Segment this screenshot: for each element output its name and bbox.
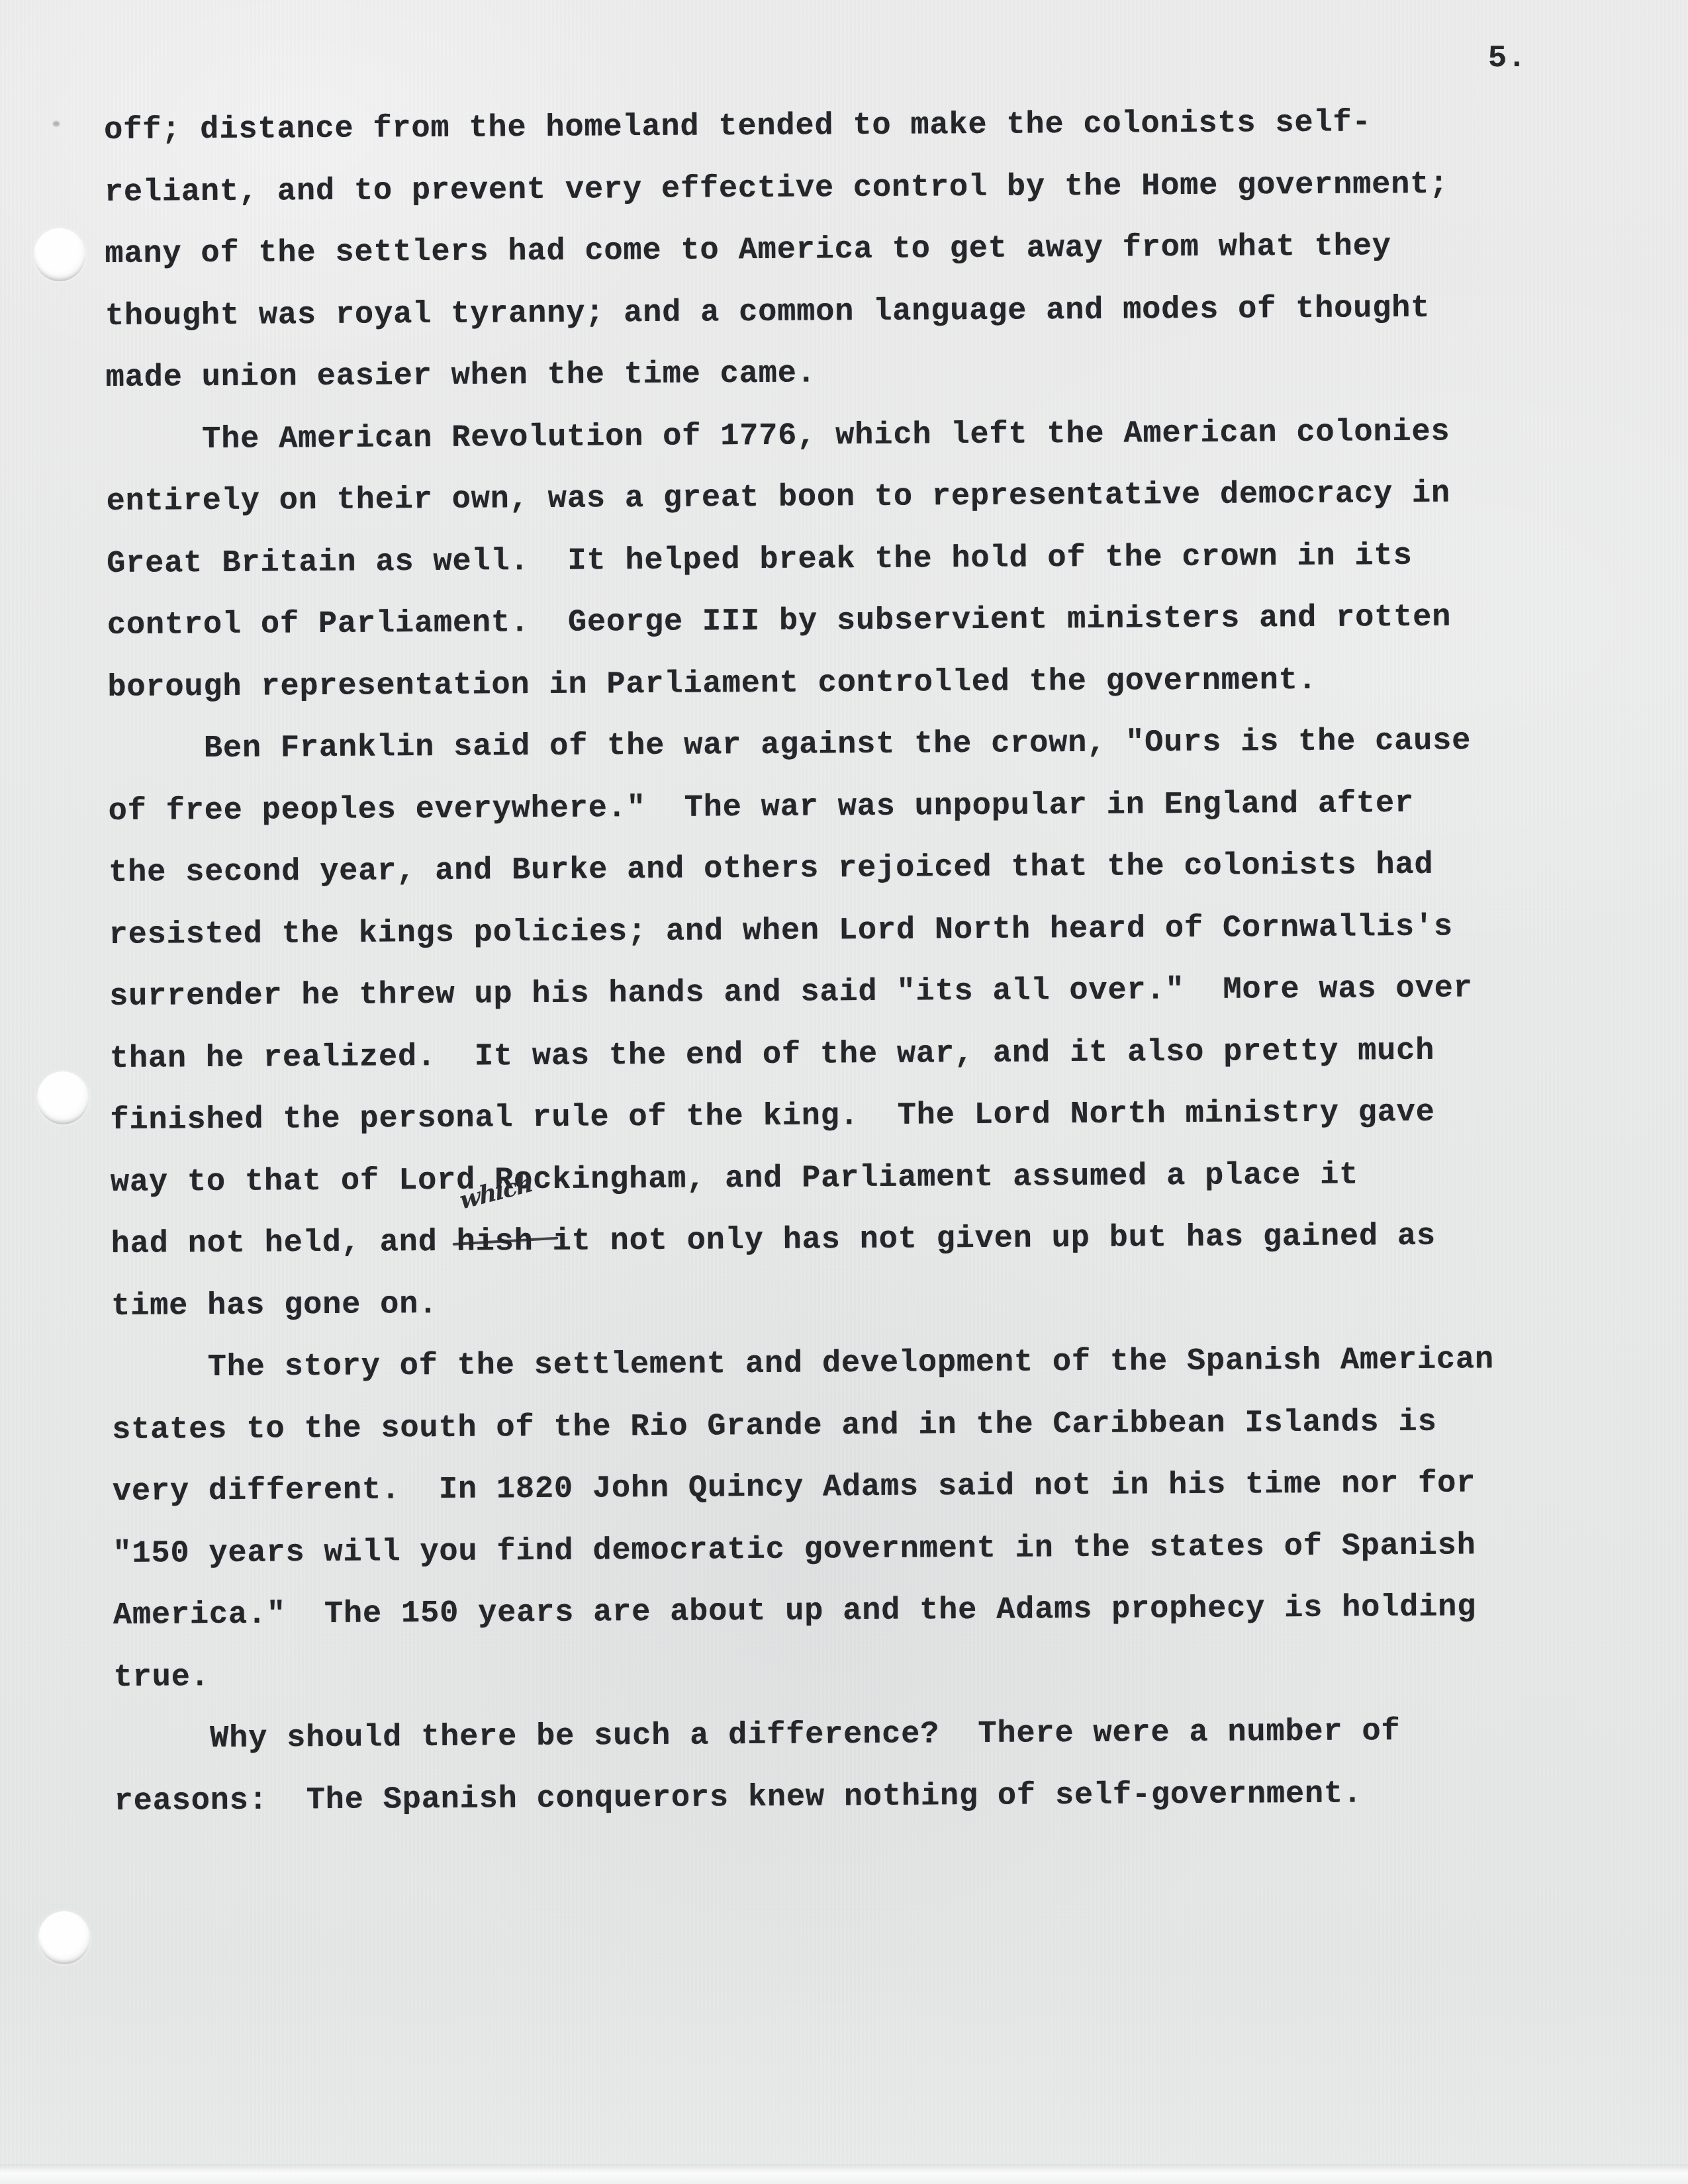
text-line: made union easier when the time came. [105,339,1562,410]
text-segment: the second year, and Burke and others re… [109,848,1434,891]
scan-speck [53,121,60,126]
text-line: America." The 150 years are about up and… [113,1576,1570,1647]
text-segment: finished the personal rule of the king. … [110,1095,1435,1138]
page-number: 5. [1488,41,1527,76]
text-segment: surrender he threw up his hands and said… [109,971,1473,1015]
text-line: states to the south of the Rio Grande an… [112,1390,1569,1461]
punch-hole [38,1911,90,1964]
text-segment: Ben Franklin said of the war against the… [108,723,1472,767]
punch-hole [34,228,85,281]
punch-hole [37,1071,89,1124]
text-line: of free peoples everywhere." The war was… [108,772,1565,842]
text-line: reliant, and to prevent very effective c… [105,153,1562,224]
text-segment: borough representation in Parliament con… [107,662,1317,705]
text-segment: reasons: The Spanish conquerors knew not… [115,1776,1363,1819]
text-segment: reliant, and to prevent very effective c… [105,167,1449,210]
text-line: time has gone on. [111,1267,1568,1338]
text-segment: true. [113,1660,209,1696]
text-segment: it not only has not given up but has gai… [534,1219,1436,1259]
text-line: reasons: The Spanish conquerors knew not… [114,1762,1571,1833]
text-segment: resisted the kings policies; and when Lo… [109,909,1454,952]
text-line: than he realized. It was the end of the … [110,1019,1567,1090]
text-line: true. [113,1638,1570,1709]
text-line: borough representation in Parliament con… [107,648,1564,719]
text-line: Why should there be such a difference? T… [114,1700,1571,1771]
text-segment: of free peoples everywhere." The war was… [108,786,1414,829]
text-line: finished the personal rule of the king. … [110,1081,1567,1152]
text-line: way to that of Lord Rockingham, and Parl… [111,1143,1568,1214]
text-segment: than he realized. It was the end of the … [110,1033,1435,1076]
text-segment: many of the settlers had come to America… [105,229,1391,272]
text-line: had not held, and hishwhich it not only … [111,1205,1568,1276]
text-line: Great Britain as well. It helped break t… [107,524,1564,595]
text-segment: off; distance from the homeland tended t… [104,105,1372,148]
text-segment: time has gone on. [111,1287,438,1324]
text-line: the second year, and Burke and others re… [109,834,1566,905]
text-segment: made union easier when the time came. [105,356,816,396]
text-line: The story of the settlement and developm… [111,1329,1568,1400]
text-line: The American Revolution of 1776, which l… [106,400,1563,471]
text-line: off; distance from the homeland tended t… [104,91,1561,162]
text-line: Ben Franklin said of the war against the… [108,710,1565,781]
text-segment: had not held, and [111,1225,456,1262]
text-segment: thought was royal tyranny; and a common … [105,291,1430,334]
text-line: resisted the kings policies; and when Lo… [109,895,1566,966]
text-segment: The American Revolution of 1776, which l… [106,414,1450,457]
paper-bottom-edge [0,2164,1688,2184]
text-line: entirely on their own, was a great boon … [106,463,1563,533]
text-segment: Great Britain as well. It helped break t… [107,538,1413,581]
text-line: thought was royal tyranny; and a common … [105,277,1562,347]
text-line: many of the settlers had come to America… [105,215,1562,286]
typewritten-text: off; distance from the homeland tended t… [104,91,1571,1833]
text-segment: The story of the settlement and developm… [112,1342,1495,1386]
struck-word: hishwhich [456,1211,534,1273]
text-line: very different. In 1820 John Quincy Adam… [113,1453,1570,1524]
text-segment: Why should there be such a difference? T… [114,1714,1401,1757]
text-line: control of Parliament. George III by sub… [107,586,1564,657]
text-segment: very different. In 1820 John Quincy Adam… [113,1466,1476,1510]
text-segment: America." The 150 years are about up and… [113,1590,1477,1633]
text-segment: control of Parliament. George III by sub… [107,600,1452,643]
text-line: surrender he threw up his hands and said… [109,958,1566,1028]
text-line: "150 years will you find democratic gove… [113,1514,1570,1585]
text-segment: states to the south of the Rio Grande an… [112,1404,1437,1447]
text-segment: entirely on their own, was a great boon … [107,477,1451,520]
text-segment: "150 years will you find democratic gove… [113,1528,1476,1572]
text-segment: way to that of Lord Rockingham, and Parl… [111,1158,1359,1201]
